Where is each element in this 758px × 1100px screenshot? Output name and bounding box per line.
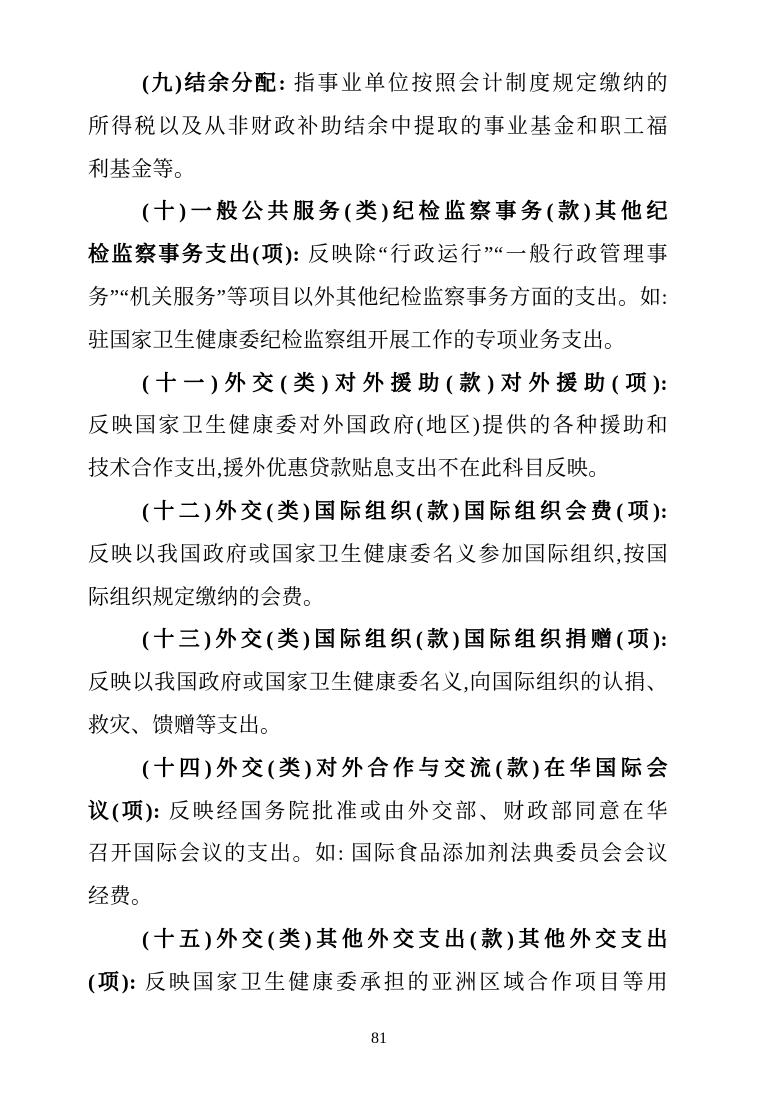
text-segment: 际组织规定缴纳的会费。 [88,585,325,609]
text-line: (项): 反映国家卫生健康委承担的亚洲区域合作项目等用 [88,961,668,1004]
heading-segment: (十一)外交(类)对外援助(款)对外援助(项): [142,371,668,395]
text-segment: 经费。 [88,884,153,908]
text-line: 利基金等。 [88,148,668,191]
text-line: 技术合作支出,援外优惠贷款贴息支出不在此科目反映。 [88,447,668,490]
text-line: (十二)外交(类)国际组织(款)国际组织会费(项): [88,490,668,533]
heading-segment: (十四)外交(类)对外合作与交流(款)在华国际会 [142,756,668,780]
text-segment: 技术合作支出,援外优惠贷款贴息支出不在此科目反映。 [88,456,610,480]
text-line: 所得税以及从非财政补助结余中提取的事业基金和职工福 [88,105,668,148]
text-line: 际组织规定缴纳的会费。 [88,576,668,619]
document-body: (九)结余分配: 指事业单位按照会计制度规定缴纳的所得税以及从非财政补助结余中提… [88,62,668,1004]
text-line: 反映以我国政府或国家卫生健康委名义,向国际组织的认捐、 [88,661,668,704]
text-line: (十三)外交(类)国际组织(款)国际组织捐赠(项): [88,618,668,661]
text-segment: 指事业单位按照会计制度规定缴纳的 [286,71,668,95]
text-line: 检监察事务支出(项): 反映除“行政运行”“一般行政管理事 [88,233,668,276]
text-segment: 召开国际会议的支出。如: 国际食品添加剂法典委员会会议 [88,841,668,865]
text-segment: 反映国家卫生健康委承担的亚洲区域合作项目等用 [137,970,668,994]
text-segment: 利基金等。 [88,157,196,181]
text-line: 务”“机关服务”等项目以外其他纪检监察事务方面的支出。如: [88,276,668,319]
text-segment: 反映以我国政府或国家卫生健康委名义参加国际组织,按国 [88,542,668,566]
text-line: (十)一般公共服务(类)纪检监察事务(款)其他纪 [88,190,668,233]
page-number: 81 [0,1028,758,1050]
text-segment: 反映经国务院批准或由外交部、财政部同意在华 [161,799,668,823]
text-line: 召开国际会议的支出。如: 国际食品添加剂法典委员会会议 [88,832,668,875]
heading-segment: (十五)外交(类)其他外交支出(款)其他外交支出 [142,927,668,951]
text-segment: 所得税以及从非财政补助结余中提取的事业基金和职工福 [88,114,668,138]
text-segment: 反映以我国政府或国家卫生健康委名义,向国际组织的认捐、 [88,670,668,694]
heading-segment: (十二)外交(类)国际组织(款)国际组织会费(项): [142,499,668,523]
text-line: 反映以我国政府或国家卫生健康委名义参加国际组织,按国 [88,533,668,576]
text-line: 反映国家卫生健康委对外国政府(地区)提供的各种援助和 [88,404,668,447]
text-segment: 救灾、馈赠等支出。 [88,713,282,737]
text-line: 议(项): 反映经国务院批准或由外交部、财政部同意在华 [88,790,668,833]
text-segment: 反映除“行政运行”“一般行政管理事 [300,242,668,266]
text-line: (十五)外交(类)其他外交支出(款)其他外交支出 [88,918,668,961]
text-line: 驻国家卫生健康委纪检监察组开展工作的专项业务支出。 [88,319,668,362]
text-segment: 反映国家卫生健康委对外国政府(地区)提供的各种援助和 [88,413,668,437]
heading-segment: (十)一般公共服务(类)纪检监察事务(款)其他纪 [142,199,668,223]
text-segment: 驻国家卫生健康委纪检监察组开展工作的专项业务支出。 [88,328,626,352]
text-line: (十一)外交(类)对外援助(款)对外援助(项): [88,362,668,405]
text-line: (九)结余分配: 指事业单位按照会计制度规定缴纳的 [88,62,668,105]
heading-segment: (项): [88,970,137,994]
heading-segment: (九)结余分配: [142,71,286,95]
text-line: 经费。 [88,875,668,918]
text-line: 救灾、馈赠等支出。 [88,704,668,747]
document-page: (九)结余分配: 指事业单位按照会计制度规定缴纳的所得税以及从非财政补助结余中提… [0,0,758,1100]
heading-segment: 议(项): [88,799,161,823]
text-segment: 务”“机关服务”等项目以外其他纪检监察事务方面的支出。如: [88,285,668,309]
text-line: (十四)外交(类)对外合作与交流(款)在华国际会 [88,747,668,790]
heading-segment: (十三)外交(类)国际组织(款)国际组织捐赠(项): [142,627,668,651]
heading-segment: 检监察事务支出(项): [88,242,300,266]
